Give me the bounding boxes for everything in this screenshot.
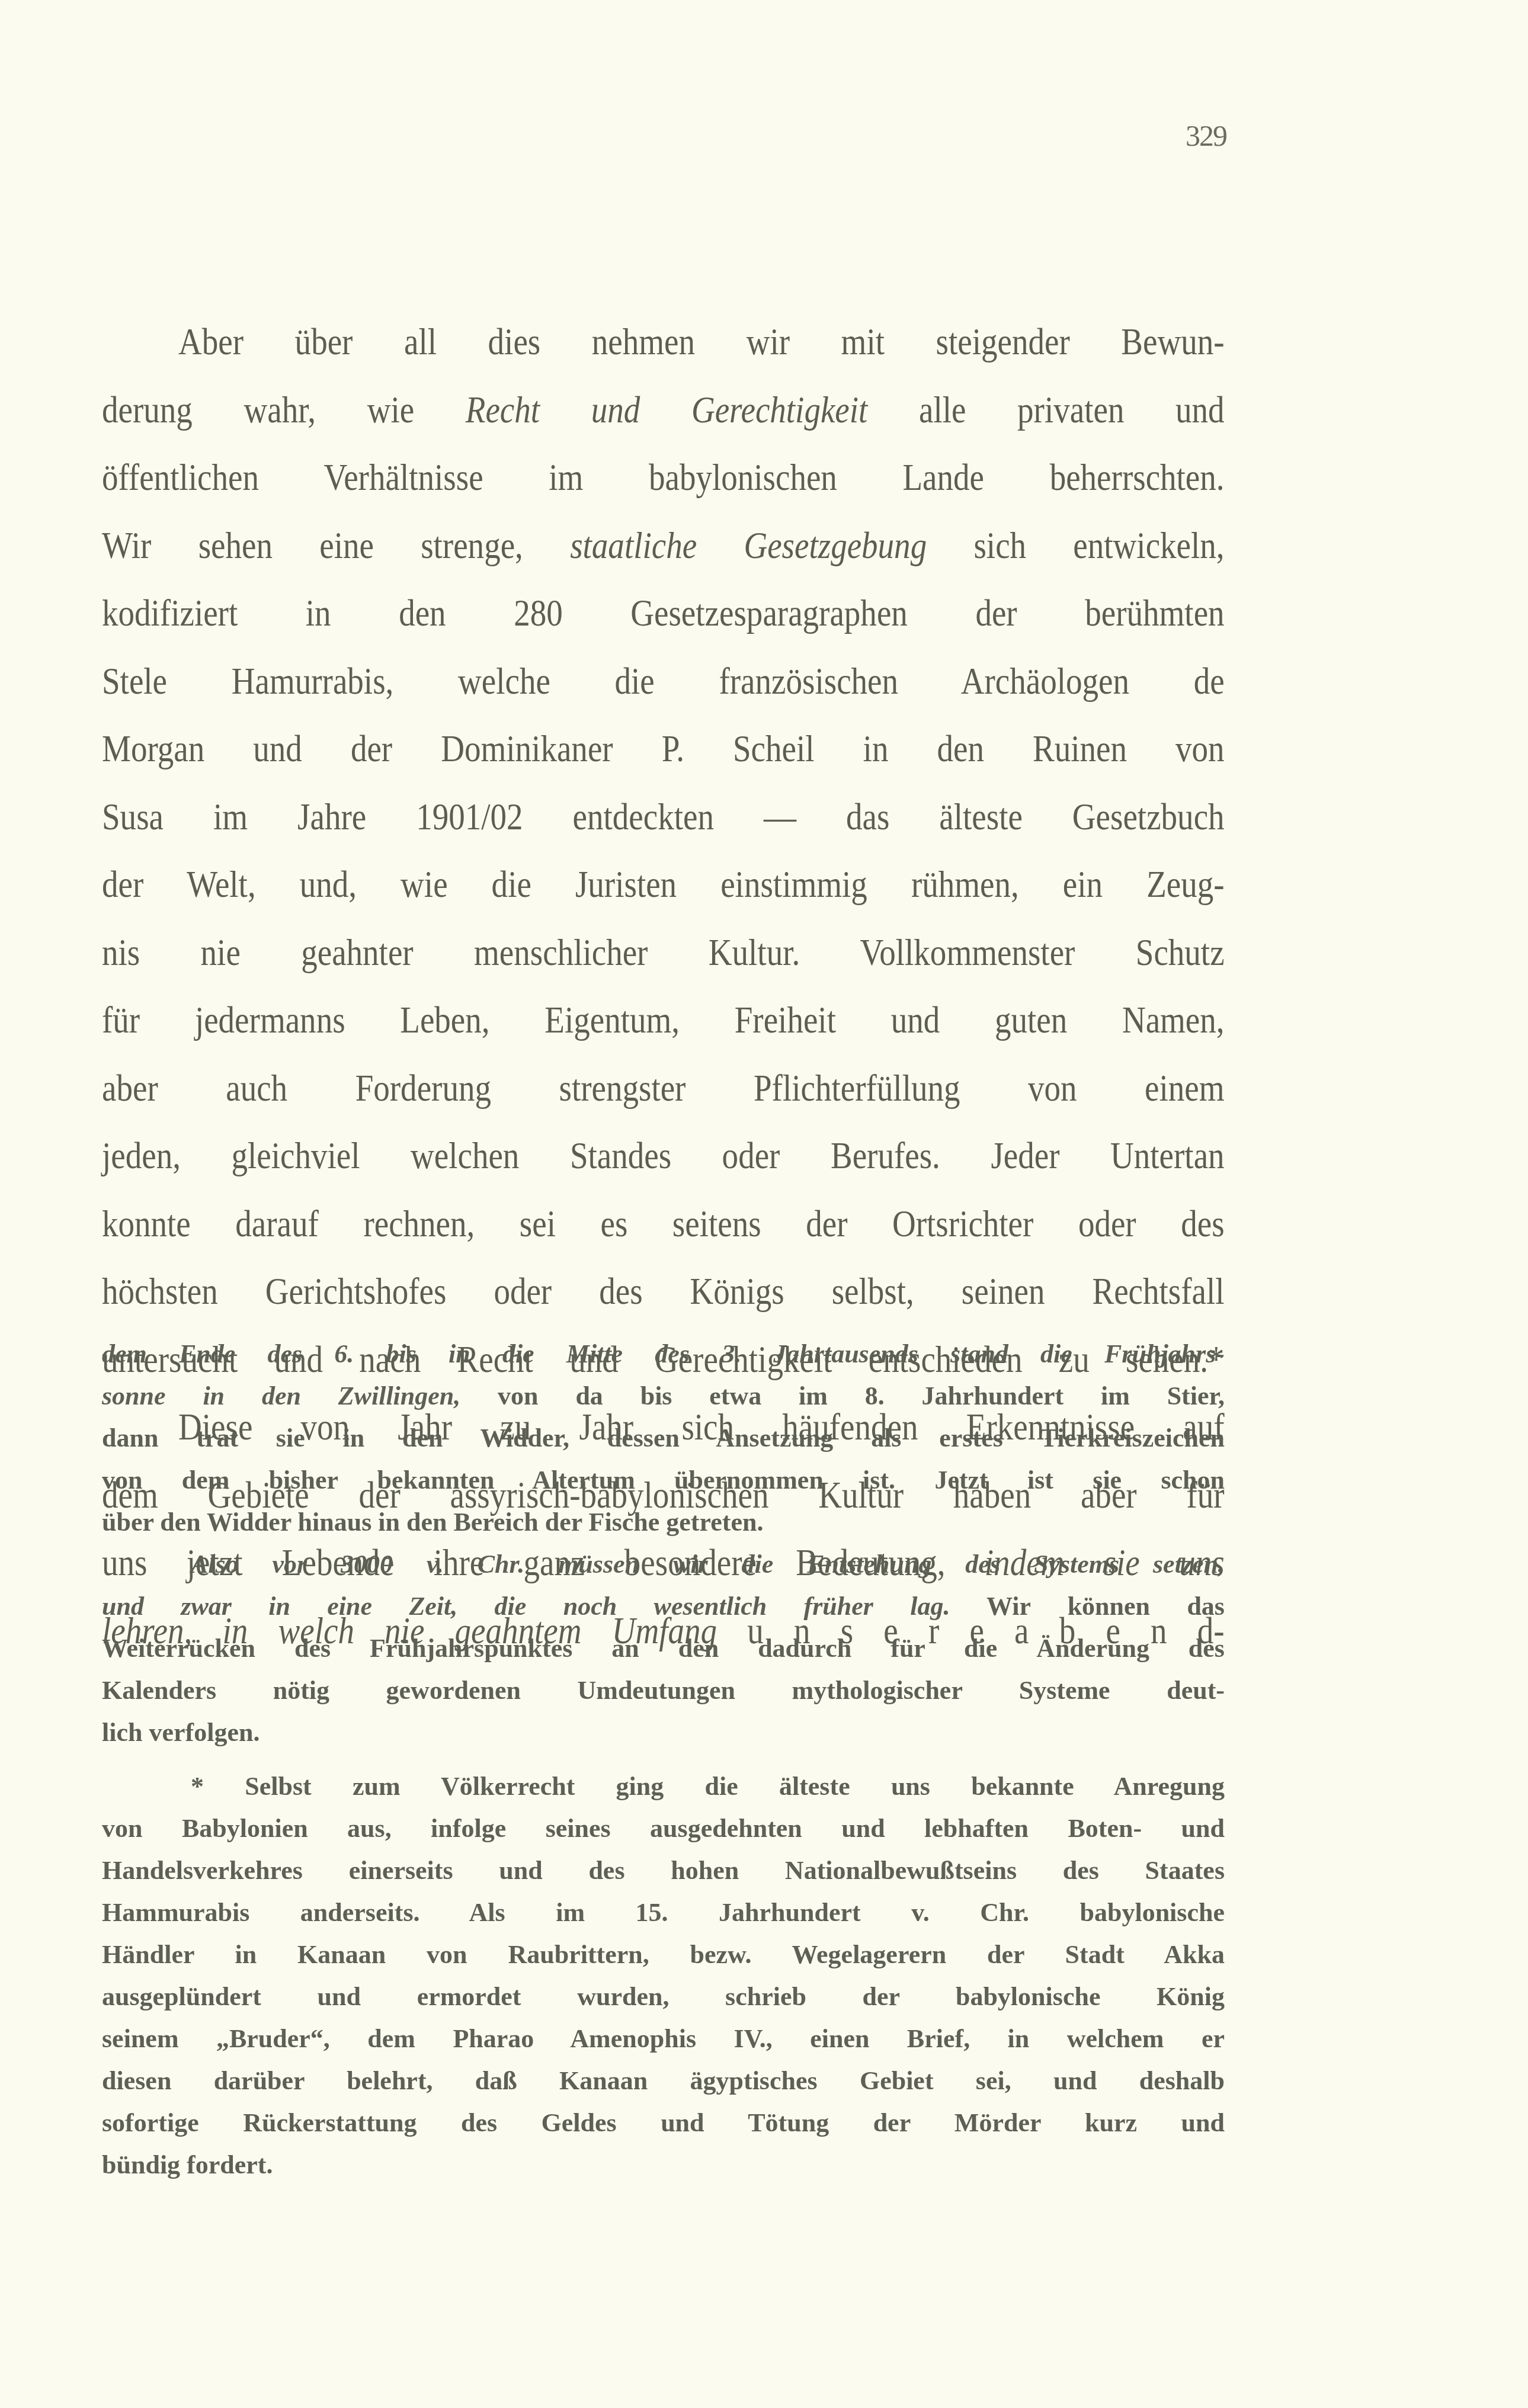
italic-text: dem Ende des 6. bis in die Mitte des 3. … — [102, 1339, 1225, 1368]
text-run: höchsten Gerichtshofes oder des Königs s… — [102, 1270, 1225, 1312]
text-run: Stele Hamurrabis, welche die französisch… — [102, 660, 1225, 702]
text-run: diesen darüber belehrt, daß Kanaan ägypt… — [102, 2066, 1225, 2095]
text-line: Wir sehen eine strenge, staatliche Geset… — [102, 512, 1225, 580]
text-line: jeden, gleichviel welchen Standes oder B… — [102, 1122, 1225, 1190]
footnotes-block: dem Ende des 6. bis in die Mitte des 3. … — [102, 1333, 1225, 2186]
footnote-line: lich verfolgen. — [102, 1711, 1225, 1753]
text-run: Kalenders nötig gewordenen Umdeutungen m… — [102, 1676, 1225, 1705]
italic-text: und zwar in eine Zeit, die noch wesentli… — [102, 1592, 950, 1621]
italic-text: Also vor 3000 v. Chr. müssen wir die Ent… — [191, 1550, 1225, 1579]
text-run: nis nie geahnter menschlicher Kultur. Vo… — [102, 931, 1225, 973]
text-line: Aber über all dies nehmen wir mit steige… — [102, 308, 1225, 376]
text-line: der Welt, und, wie die Juristen einstimm… — [102, 851, 1225, 919]
text-run: über den Widder hinaus in den Bereich de… — [102, 1508, 763, 1537]
footnote-spacer — [102, 1753, 1225, 1765]
text-line: derung wahr, wie Recht und Gerechtigkeit… — [102, 376, 1225, 444]
page-number: 329 — [1179, 118, 1226, 153]
text-run: bündig fordert. — [102, 2150, 273, 2179]
footnote-line: diesen darüber belehrt, daß Kanaan ägypt… — [102, 2060, 1225, 2102]
text-line: kodifiziert in den 280 Gesetzesparagraph… — [102, 579, 1225, 647]
text-run: ausgeplündert und ermordet wurden, schri… — [102, 1982, 1225, 2011]
text-run: sofortige Rückerstattung des Geldes und … — [102, 2108, 1225, 2137]
footnote-line: ausgeplündert und ermordet wurden, schri… — [102, 1976, 1225, 2018]
footnote-line: Handelsverkehres einerseits und des hohe… — [102, 1849, 1225, 1891]
text-run: lich verfolgen. — [102, 1718, 260, 1747]
text-run: seinem „Bruder“, dem Pharao Amenophis IV… — [102, 2024, 1225, 2053]
footnote-line: und zwar in eine Zeit, die noch wesentli… — [102, 1585, 1225, 1627]
text-run: Handelsverkehres einerseits und des hohe… — [102, 1856, 1225, 1885]
footnote-line: sonne in den Zwillingen, von da bis etwa… — [102, 1375, 1225, 1417]
italic-text: sonne in den Zwillingen, — [102, 1381, 460, 1410]
text-run: Morgan und der Dominikaner P. Scheil in … — [102, 727, 1225, 769]
text-line: für jedermanns Leben, Eigentum, Freiheit… — [102, 986, 1225, 1054]
footnote-line: Weiterrücken des Frühjahrspunktes an den… — [102, 1627, 1225, 1669]
italic-text: staatliche Gesetzgebung — [570, 524, 927, 566]
footnote-line: von Babylonien aus, infolge seines ausge… — [102, 1807, 1225, 1849]
text-run: für jedermanns Leben, Eigentum, Freiheit… — [102, 999, 1225, 1041]
text-run: Wir sehen eine strenge, — [102, 524, 570, 566]
footnote-line: Also vor 3000 v. Chr. müssen wir die Ent… — [102, 1543, 1225, 1585]
footnote-line: * Selbst zum Völkerrecht ging die ältest… — [102, 1765, 1225, 1807]
text-line: aber auch Forderung strengster Pflichter… — [102, 1054, 1225, 1123]
text-run: von Babylonien aus, infolge seines ausge… — [102, 1814, 1225, 1843]
text-run: alle privaten und — [867, 389, 1224, 431]
text-run: Aber über all dies nehmen wir mit steige… — [178, 320, 1225, 363]
text-run: Weiterrücken des Frühjahrspunktes an den… — [102, 1634, 1225, 1663]
footnote-line: von dem bisher bekannten Altertum überno… — [102, 1459, 1225, 1501]
text-run: kodifiziert in den 280 Gesetzesparagraph… — [102, 592, 1225, 634]
text-line: nis nie geahnter menschlicher Kultur. Vo… — [102, 919, 1225, 987]
italic-text: Recht und Gerechtigkeit — [466, 389, 868, 431]
text-run: von dem bisher bekannten Altertum überno… — [102, 1466, 1225, 1495]
text-run: konnte darauf rechnen, sei es seitens de… — [102, 1203, 1225, 1245]
footnote-line: dann trat sie in den Widder, dessen Anse… — [102, 1417, 1225, 1459]
text-run: dann trat sie in den Widder, dessen Anse… — [102, 1423, 1225, 1453]
text-run: aber auch Forderung strengster Pflichter… — [102, 1067, 1225, 1109]
text-line: Stele Hamurrabis, welche die französisch… — [102, 647, 1225, 716]
text-run: sich entwickeln, — [927, 524, 1224, 566]
footnote-line: dem Ende des 6. bis in die Mitte des 3. … — [102, 1333, 1225, 1375]
text-line: Morgan und der Dominikaner P. Scheil in … — [102, 715, 1225, 783]
text-run: Händler in Kanaan von Raubrittern, bezw.… — [102, 1940, 1225, 1969]
text-run: Susa im Jahre 1901/02 entdeckten — das ä… — [102, 796, 1225, 838]
footnote-line: über den Widder hinaus in den Bereich de… — [102, 1501, 1225, 1543]
footnote-line: sofortige Rückerstattung des Geldes und … — [102, 2102, 1225, 2144]
footnote-line: bündig fordert. — [102, 2144, 1225, 2186]
text-line: konnte darauf rechnen, sei es seitens de… — [102, 1190, 1225, 1258]
text-run: Hammurabis anderseits. Als im 15. Jahrhu… — [102, 1898, 1225, 1927]
text-run: Wir können das — [950, 1592, 1225, 1621]
footnote-line: Händler in Kanaan von Raubrittern, bezw.… — [102, 1934, 1225, 1976]
text-line: öffentlichen Verhältnisse im babylonisch… — [102, 444, 1225, 512]
text-run: jeden, gleichviel welchen Standes oder B… — [102, 1134, 1225, 1176]
text-run: der Welt, und, wie die Juristen einstimm… — [102, 863, 1225, 905]
text-run: derung wahr, wie — [102, 389, 466, 431]
text-run: * Selbst zum Völkerrecht ging die ältest… — [191, 1772, 1225, 1801]
footnote-line: Hammurabis anderseits. Als im 15. Jahrhu… — [102, 1891, 1225, 1934]
text-run: öffentlichen Verhältnisse im babylonisch… — [102, 456, 1225, 498]
text-run: von da bis etwa im 8. Jahrhundert im Sti… — [460, 1381, 1225, 1410]
text-line: höchsten Gerichtshofes oder des Königs s… — [102, 1258, 1225, 1326]
text-line: Susa im Jahre 1901/02 entdeckten — das ä… — [102, 783, 1225, 851]
footnote-line: Kalenders nötig gewordenen Umdeutungen m… — [102, 1669, 1225, 1711]
footnote-line: seinem „Bruder“, dem Pharao Amenophis IV… — [102, 2018, 1225, 2060]
